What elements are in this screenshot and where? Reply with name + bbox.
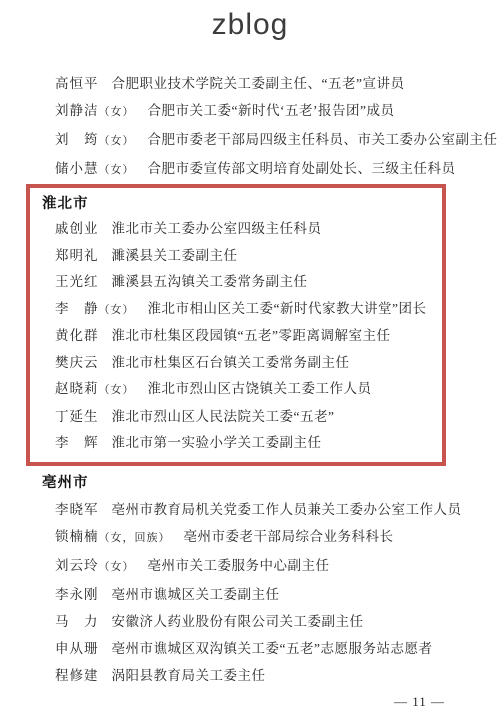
- honoree-title: 亳州市委老干部局综合业务科科长: [184, 529, 394, 544]
- honoree-title: 淮北市烈山区人民法院关工委“五老”: [112, 409, 335, 424]
- city-section-title: 淮北市: [42, 190, 442, 216]
- gender-note: （女）: [99, 135, 135, 147]
- honoree-name: 丁延生: [55, 409, 99, 424]
- honoree-row: 赵晓莉（女）淮北市烈山区古饶镇关工委工作人员: [55, 376, 442, 404]
- honoree-name: 刘 筠: [55, 132, 99, 147]
- honoree-name: 刘云玲: [55, 558, 99, 573]
- honoree-title: 淮北市相山区关工委“新时代家教大讲堂”团长: [148, 301, 427, 316]
- honoree-row: 申从珊亳州市谯城区双沟镇关工委“五老”志愿服务站志愿者: [55, 635, 500, 662]
- honoree-name: 赵晓莉: [55, 381, 99, 396]
- honoree-title: 濉溪县关工委副主任: [112, 248, 238, 263]
- honoree-title: 淮北市第一实验小学关工委副主任: [112, 435, 322, 450]
- honoree-name: 锁楠楠: [55, 529, 99, 544]
- honoree-row: 王光红濉溪县五沟镇关工委常务副主任: [55, 269, 442, 296]
- honoree-row: 刘云玲（女）亳州市关工委服务中心副主任: [55, 552, 500, 581]
- honoree-row: 戚创业淮北市关工委办公室四级主任科员: [55, 216, 442, 243]
- honoree-name: 李 辉: [55, 435, 99, 450]
- honoree-name: 郑明礼: [55, 248, 99, 263]
- honoree-row: 锁楠楠（女，回族）亳州市委老干部局综合业务科科长: [55, 523, 500, 552]
- gender-note: （女，回族）: [99, 532, 171, 544]
- honoree-title: 亳州市谯城区双沟镇关工委“五老”志愿服务站志愿者: [112, 641, 433, 656]
- honoree-row: 程修建涡阳县教育局关工委主任: [55, 662, 500, 689]
- gender-note: （女）: [99, 164, 135, 176]
- gender-note: （女）: [99, 384, 135, 396]
- honoree-name: 刘静洁: [55, 103, 99, 118]
- honoree-title: 合肥市委老干部局四级主任科员、市关工委办公室副主任: [148, 132, 498, 147]
- honoree-title: 淮北市关工委办公室四级主任科员: [112, 221, 322, 236]
- honoree-name: 储小慧: [55, 161, 99, 176]
- highlighted-region-huaibei: 淮北市 戚创业淮北市关工委办公室四级主任科员 郑明礼濉溪县关工委副主任 王光红濉…: [26, 184, 446, 466]
- section-hefei-continued: 高恒平合肥职业技术学院关工委副主任、“五老”宣讲员 刘静洁（女）合肥市关工委“新…: [0, 70, 500, 184]
- honoree-row: 李 辉淮北市第一实验小学关工委副主任: [55, 430, 442, 457]
- honoree-title: 淮北市杜集区石台镇关工委常务副主任: [112, 355, 350, 370]
- honoree-name: 王光红: [55, 274, 99, 289]
- honoree-title: 合肥市关工委“新时代‘五老’报告团”成员: [148, 103, 395, 118]
- document-page: zblog 高恒平合肥职业技术学院关工委副主任、“五老”宣讲员 刘静洁（女）合肥…: [0, 0, 500, 714]
- honoree-row: 郑明礼濉溪县关工委副主任: [55, 243, 442, 270]
- honoree-row: 黄化群淮北市杜集区段园镇“五老”零距离调解室主任: [55, 323, 442, 350]
- scanned-document: 高恒平合肥职业技术学院关工委副主任、“五老”宣讲员 刘静洁（女）合肥市关工委“新…: [0, 70, 500, 711]
- honoree-title: 涡阳县教育局关工委主任: [112, 668, 266, 683]
- honoree-name: 李晓军: [55, 502, 99, 517]
- honoree-title: 安徽济人药业股份有限公司关工委副主任: [112, 614, 364, 629]
- honoree-name: 戚创业: [55, 221, 99, 236]
- honoree-row: 储小慧（女）合肥市委宣传部文明培育处副处长、三级主任科员: [55, 155, 500, 184]
- gender-note: （女）: [99, 106, 135, 118]
- honoree-name: 马 力: [55, 614, 99, 629]
- honoree-row: 丁延生淮北市烈山区人民法院关工委“五老”: [55, 404, 442, 431]
- honoree-title: 合肥职业技术学院关工委副主任、“五老”宣讲员: [112, 76, 405, 91]
- honoree-name: 高恒平: [55, 76, 99, 91]
- honoree-name: 樊庆云: [55, 355, 99, 370]
- honoree-name: 李 静: [55, 301, 99, 316]
- gender-note: （女）: [99, 304, 135, 316]
- honoree-title: 亳州市关工委服务中心副主任: [148, 558, 330, 573]
- honoree-title: 淮北市杜集区段园镇“五老”零距离调解室主任: [112, 328, 391, 343]
- honoree-row: 刘 筠（女）合肥市委老干部局四级主任科员、市关工委办公室副主任: [55, 126, 500, 155]
- honoree-row: 李晓军亳州市教育局机关党委工作人员兼关工委办公室工作人员: [55, 496, 500, 523]
- honoree-row: 刘静洁（女）合肥市关工委“新时代‘五老’报告团”成员: [55, 97, 500, 126]
- honoree-name: 申从珊: [55, 641, 99, 656]
- honoree-title: 亳州市谯城区关工委副主任: [112, 587, 280, 602]
- honoree-name: 程修建: [55, 668, 99, 683]
- site-title: zblog: [0, 0, 500, 44]
- honoree-name: 李永刚: [55, 587, 99, 602]
- section-bozhou: 亳州市 李晓军亳州市教育局机关党委工作人员兼关工委办公室工作人员 锁楠楠（女，回…: [0, 470, 500, 689]
- honoree-row: 马 力安徽济人药业股份有限公司关工委副主任: [55, 608, 500, 635]
- honoree-title: 淮北市烈山区古饶镇关工委工作人员: [148, 381, 372, 396]
- page-number: — 11 —: [0, 693, 445, 711]
- honoree-title: 濉溪县五沟镇关工委常务副主任: [112, 274, 308, 289]
- honoree-row: 李 静（女）淮北市相山区关工委“新时代家教大讲堂”团长: [55, 296, 442, 324]
- honoree-row: 樊庆云淮北市杜集区石台镇关工委常务副主任: [55, 350, 442, 377]
- honoree-title: 亳州市教育局机关党委工作人员兼关工委办公室工作人员: [112, 502, 462, 517]
- honoree-row: 高恒平合肥职业技术学院关工委副主任、“五老”宣讲员: [55, 70, 500, 97]
- honoree-title: 合肥市委宣传部文明培育处副处长、三级主任科员: [148, 161, 456, 176]
- gender-note: （女）: [99, 561, 135, 573]
- city-section-title: 亳州市: [42, 470, 500, 496]
- honoree-name: 黄化群: [55, 328, 99, 343]
- honoree-row: 李永刚亳州市谯城区关工委副主任: [55, 581, 500, 608]
